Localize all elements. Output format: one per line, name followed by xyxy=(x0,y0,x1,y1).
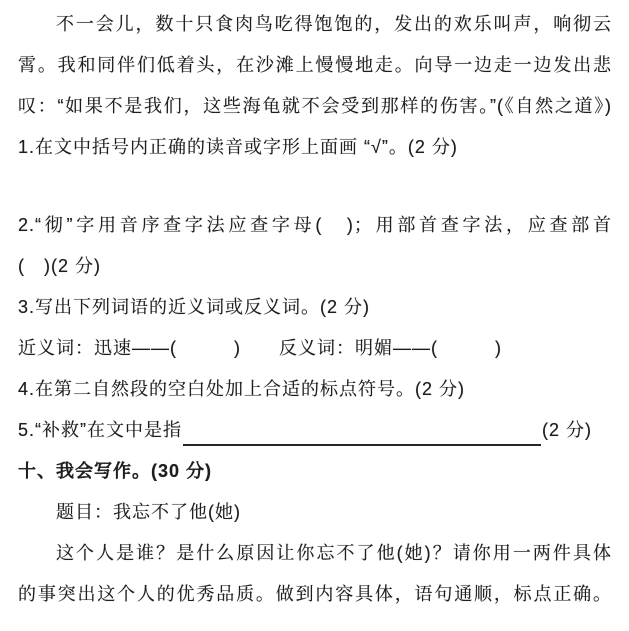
question-5: 5.“补救”在文中是指 (2 分) xyxy=(18,410,612,451)
question-5-score: (2 分) xyxy=(542,410,592,451)
question-5-text: 5.“补救”在文中是指 xyxy=(18,410,182,451)
question-2-line-1: 2.“彻”字用音序查字法应查字母( )；用部首查字法，应查部首 xyxy=(18,205,612,246)
question-4: 4.在第二自然段的空白处加上合适的标点符号。(2 分) xyxy=(18,369,612,410)
blank-gap xyxy=(18,168,612,205)
question-1: 1.在文中括号内正确的读音或字形上面画 “√”。(2 分) xyxy=(18,127,612,168)
passage-line-1: 不一会儿，数十只食肉鸟吃得饱饱的，发出的欢乐叫声，响彻云 xyxy=(18,4,612,45)
exam-paper-page: 不一会儿，数十只食肉鸟吃得饱饱的，发出的欢乐叫声，响彻云 霄。我和同伴们低着头，… xyxy=(0,0,629,631)
section-heading-writing: 十、我会写作。(30 分) xyxy=(18,451,612,492)
essay-prompt-line-1: 这个人是谁？是什么原因让你忘不了他(她)？请你用一两件具体 xyxy=(18,533,612,574)
question-2-line-2: ( )(2 分) xyxy=(18,246,612,287)
question-3-word-blanks: 近义词：迅速——( ) 反义词：明媚——( ) xyxy=(18,328,612,369)
passage-line-3: 叹：“如果不是我们，这些海龟就不会受到那样的伤害。”(《自然之道》) xyxy=(18,86,612,127)
answer-blank-line xyxy=(183,444,541,446)
question-3: 3.写出下列词语的近义词或反义词。(2 分) xyxy=(18,287,612,328)
essay-prompt-line-2: 的事突出这个人的优秀品质。做到内容具体，语句通顺，标点正确。 xyxy=(18,574,612,615)
passage-line-2: 霄。我和同伴们低着头，在沙滩上慢慢地走。向导一边走一边发出悲 xyxy=(18,45,612,86)
essay-topic: 题目：我忘不了他(她) xyxy=(18,492,612,533)
